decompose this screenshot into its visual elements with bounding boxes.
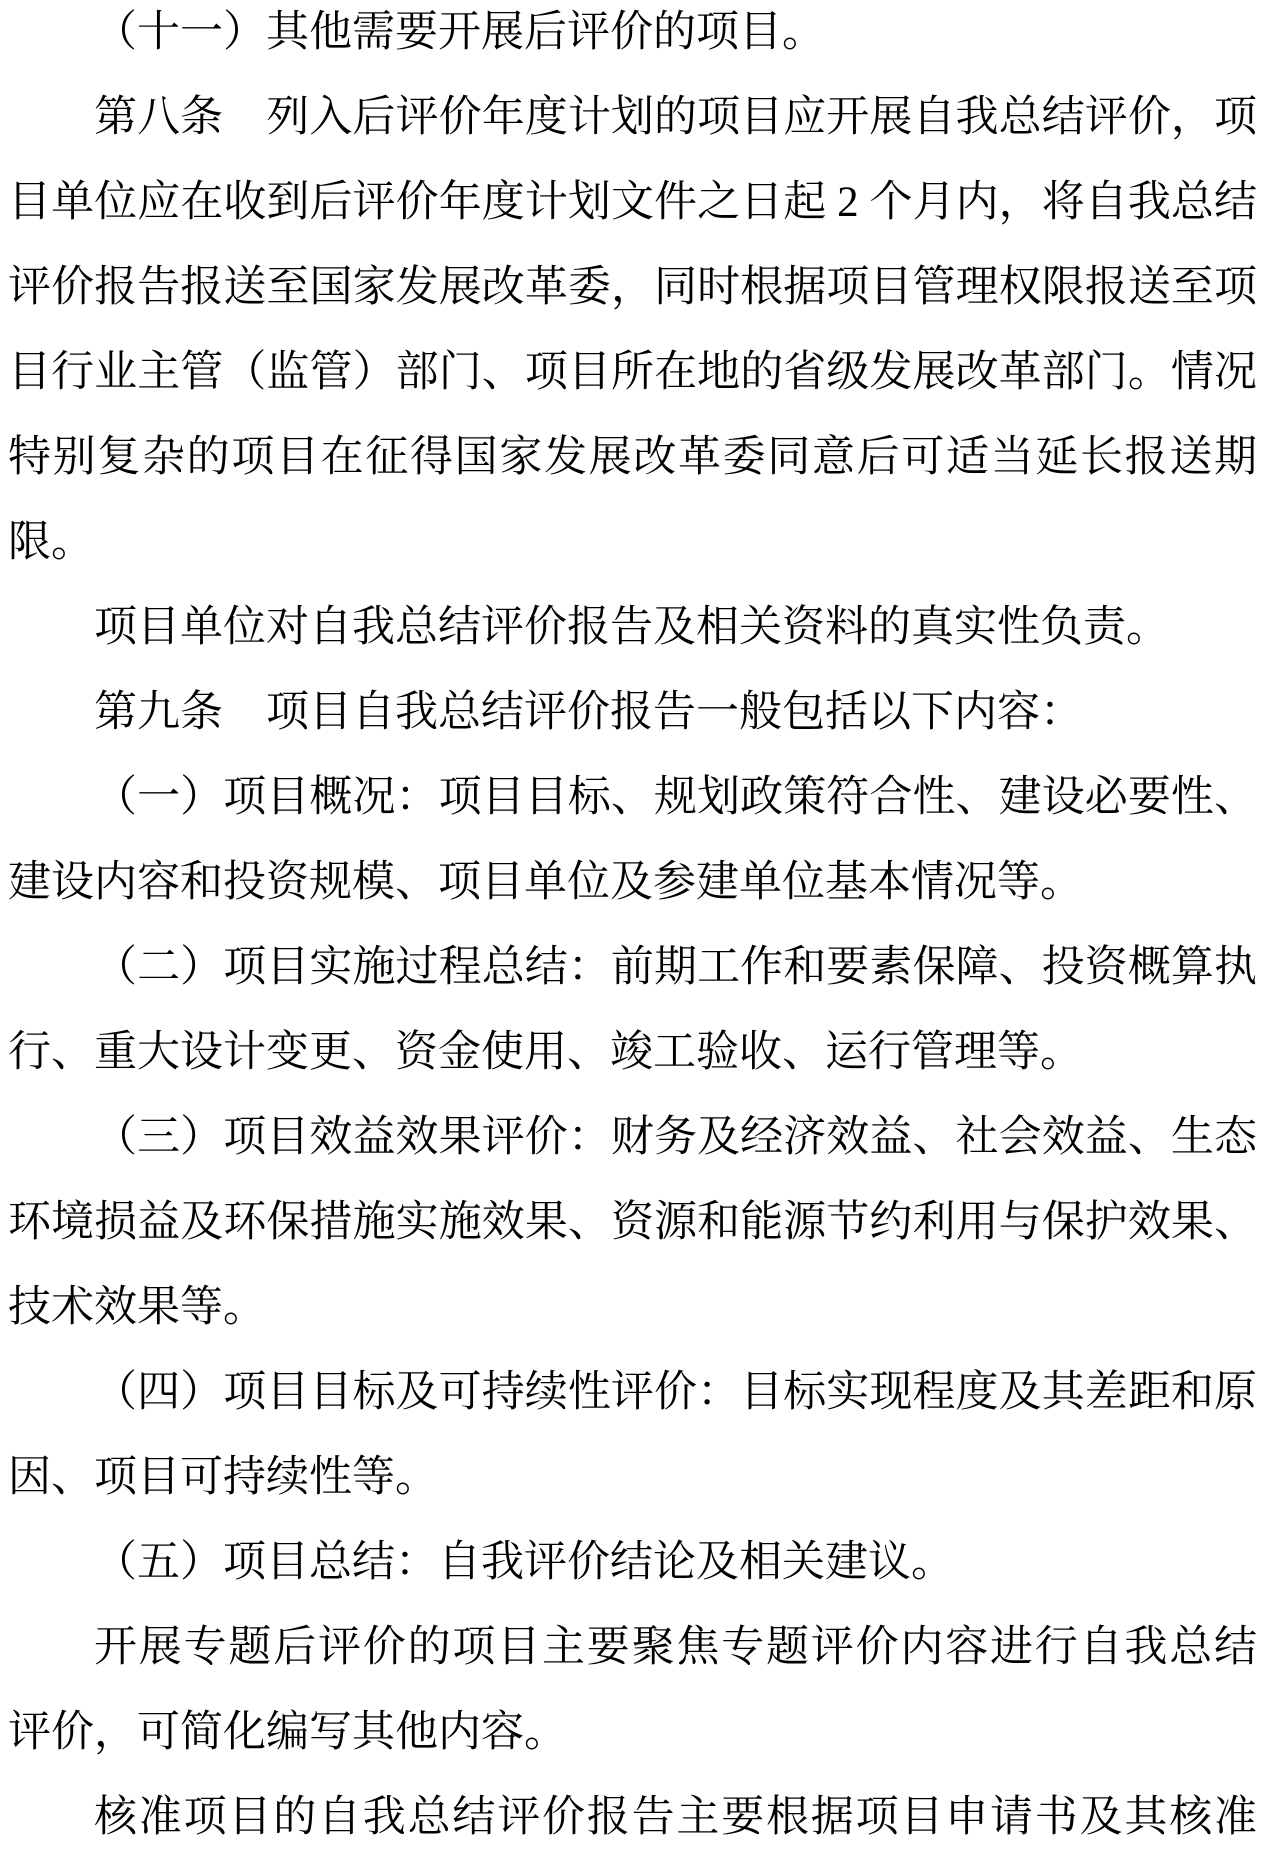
document-line: 第九条 项目自我总结评价报告一般包括以下内容： [8, 670, 1257, 755]
document-line: 核准项目的自我总结评价报告主要根据项目申请书及其核准 [8, 1775, 1257, 1860]
document-line: 评价报告报送至国家发展改革委，同时根据项目管理权限报送至项 [8, 245, 1257, 330]
document-line: 目行业主管（监管）部门、项目所在地的省级发展改革部门。情况 [8, 330, 1257, 415]
document-line: （三）项目效益效果评价：财务及经济效益、社会效益、生态 [8, 1095, 1257, 1180]
document-line: 行、重大设计变更、资金使用、竣工验收、运行管理等。 [8, 1010, 1257, 1095]
document-line: （二）项目实施过程总结：前期工作和要素保障、投资概算执 [8, 925, 1257, 1010]
document-line: 特别复杂的项目在征得国家发展改革委同意后可适当延长报送期 [8, 415, 1257, 500]
document-line: 第八条 列入后评价年度计划的项目应开展自我总结评价，项 [8, 75, 1257, 160]
document-line: 评价，可简化编写其他内容。 [8, 1690, 1257, 1775]
document-line: 因、项目可持续性等。 [8, 1435, 1257, 1520]
document-line: 技术效果等。 [8, 1265, 1257, 1350]
document-page: （十一）其他需要开展后评价的项目。第八条 列入后评价年度计划的项目应开展自我总结… [0, 0, 1280, 1865]
document-line: （四）项目目标及可持续性评价：目标实现程度及其差距和原 [8, 1350, 1257, 1435]
document-line: 开展专题后评价的项目主要聚焦专题评价内容进行自我总结 [8, 1605, 1257, 1690]
document-line: 限。 [8, 500, 1257, 585]
document-line: （一）项目概况：项目目标、规划政策符合性、建设必要性、 [8, 755, 1257, 840]
document-text-block: （十一）其他需要开展后评价的项目。第八条 列入后评价年度计划的项目应开展自我总结… [0, 0, 1280, 1860]
document-line: 建设内容和投资规模、项目单位及参建单位基本情况等。 [8, 840, 1257, 925]
document-line: 环境损益及环保措施实施效果、资源和能源节约利用与保护效果、 [8, 1180, 1257, 1265]
document-line: 目单位应在收到后评价年度计划文件之日起 2 个月内，将自我总结 [8, 160, 1257, 245]
document-line: （十一）其他需要开展后评价的项目。 [8, 0, 1257, 75]
document-line: （五）项目总结：自我评价结论及相关建议。 [8, 1520, 1257, 1605]
document-line: 项目单位对自我总结评价报告及相关资料的真实性负责。 [8, 585, 1257, 670]
